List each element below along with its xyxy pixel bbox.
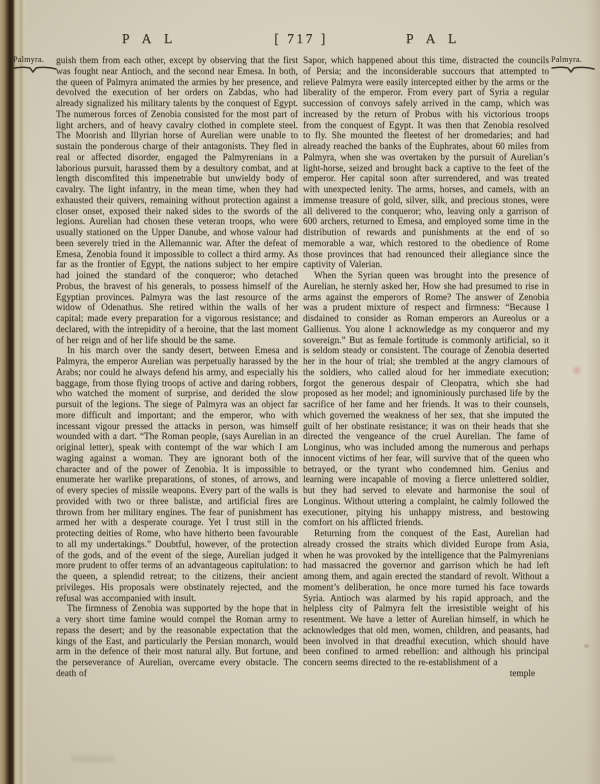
paragraph: Sapor, which happened about this time, d…	[303, 56, 549, 271]
margin-note-left: Palmyra.	[13, 55, 61, 75]
text-column-right: Sapor, which happened about this time, d…	[303, 56, 549, 680]
paragraph: guish them from each other, except by ob…	[56, 56, 298, 346]
running-title-left: P A L	[122, 31, 177, 47]
margin-note-left-label: Palmyra.	[13, 55, 44, 64]
continuation-flourish-icon	[13, 65, 57, 75]
show-through-smudge	[72, 756, 114, 762]
margin-note-right-label: Palmyra.	[551, 55, 582, 64]
catchword: temple	[303, 669, 549, 680]
paragraph: In his march over the sandy desert, betw…	[56, 346, 298, 604]
binding-edge	[0, 0, 28, 784]
page-number: [ 717 ]	[274, 31, 328, 47]
text-column-left: guish them from each other, except by ob…	[56, 56, 298, 680]
margin-note-right: Palmyra.	[551, 55, 599, 75]
paragraph: Returning from the conquest of the East,…	[303, 529, 549, 669]
continuation-flourish-icon	[551, 65, 595, 75]
page-right-edge-shadow	[586, 0, 600, 784]
paragraph: The firmness of Zenobia was supported by…	[56, 604, 298, 679]
running-head: P A L [ 717 ] P A L	[0, 31, 600, 49]
running-title-right: P A L	[406, 31, 461, 47]
paragraph: When the Syrian queen was brought into t…	[303, 271, 549, 529]
scanned-book-page: P A L [ 717 ] P A L Palmyra. Palmyra. gu…	[0, 0, 600, 784]
paper-stain	[571, 365, 583, 376]
